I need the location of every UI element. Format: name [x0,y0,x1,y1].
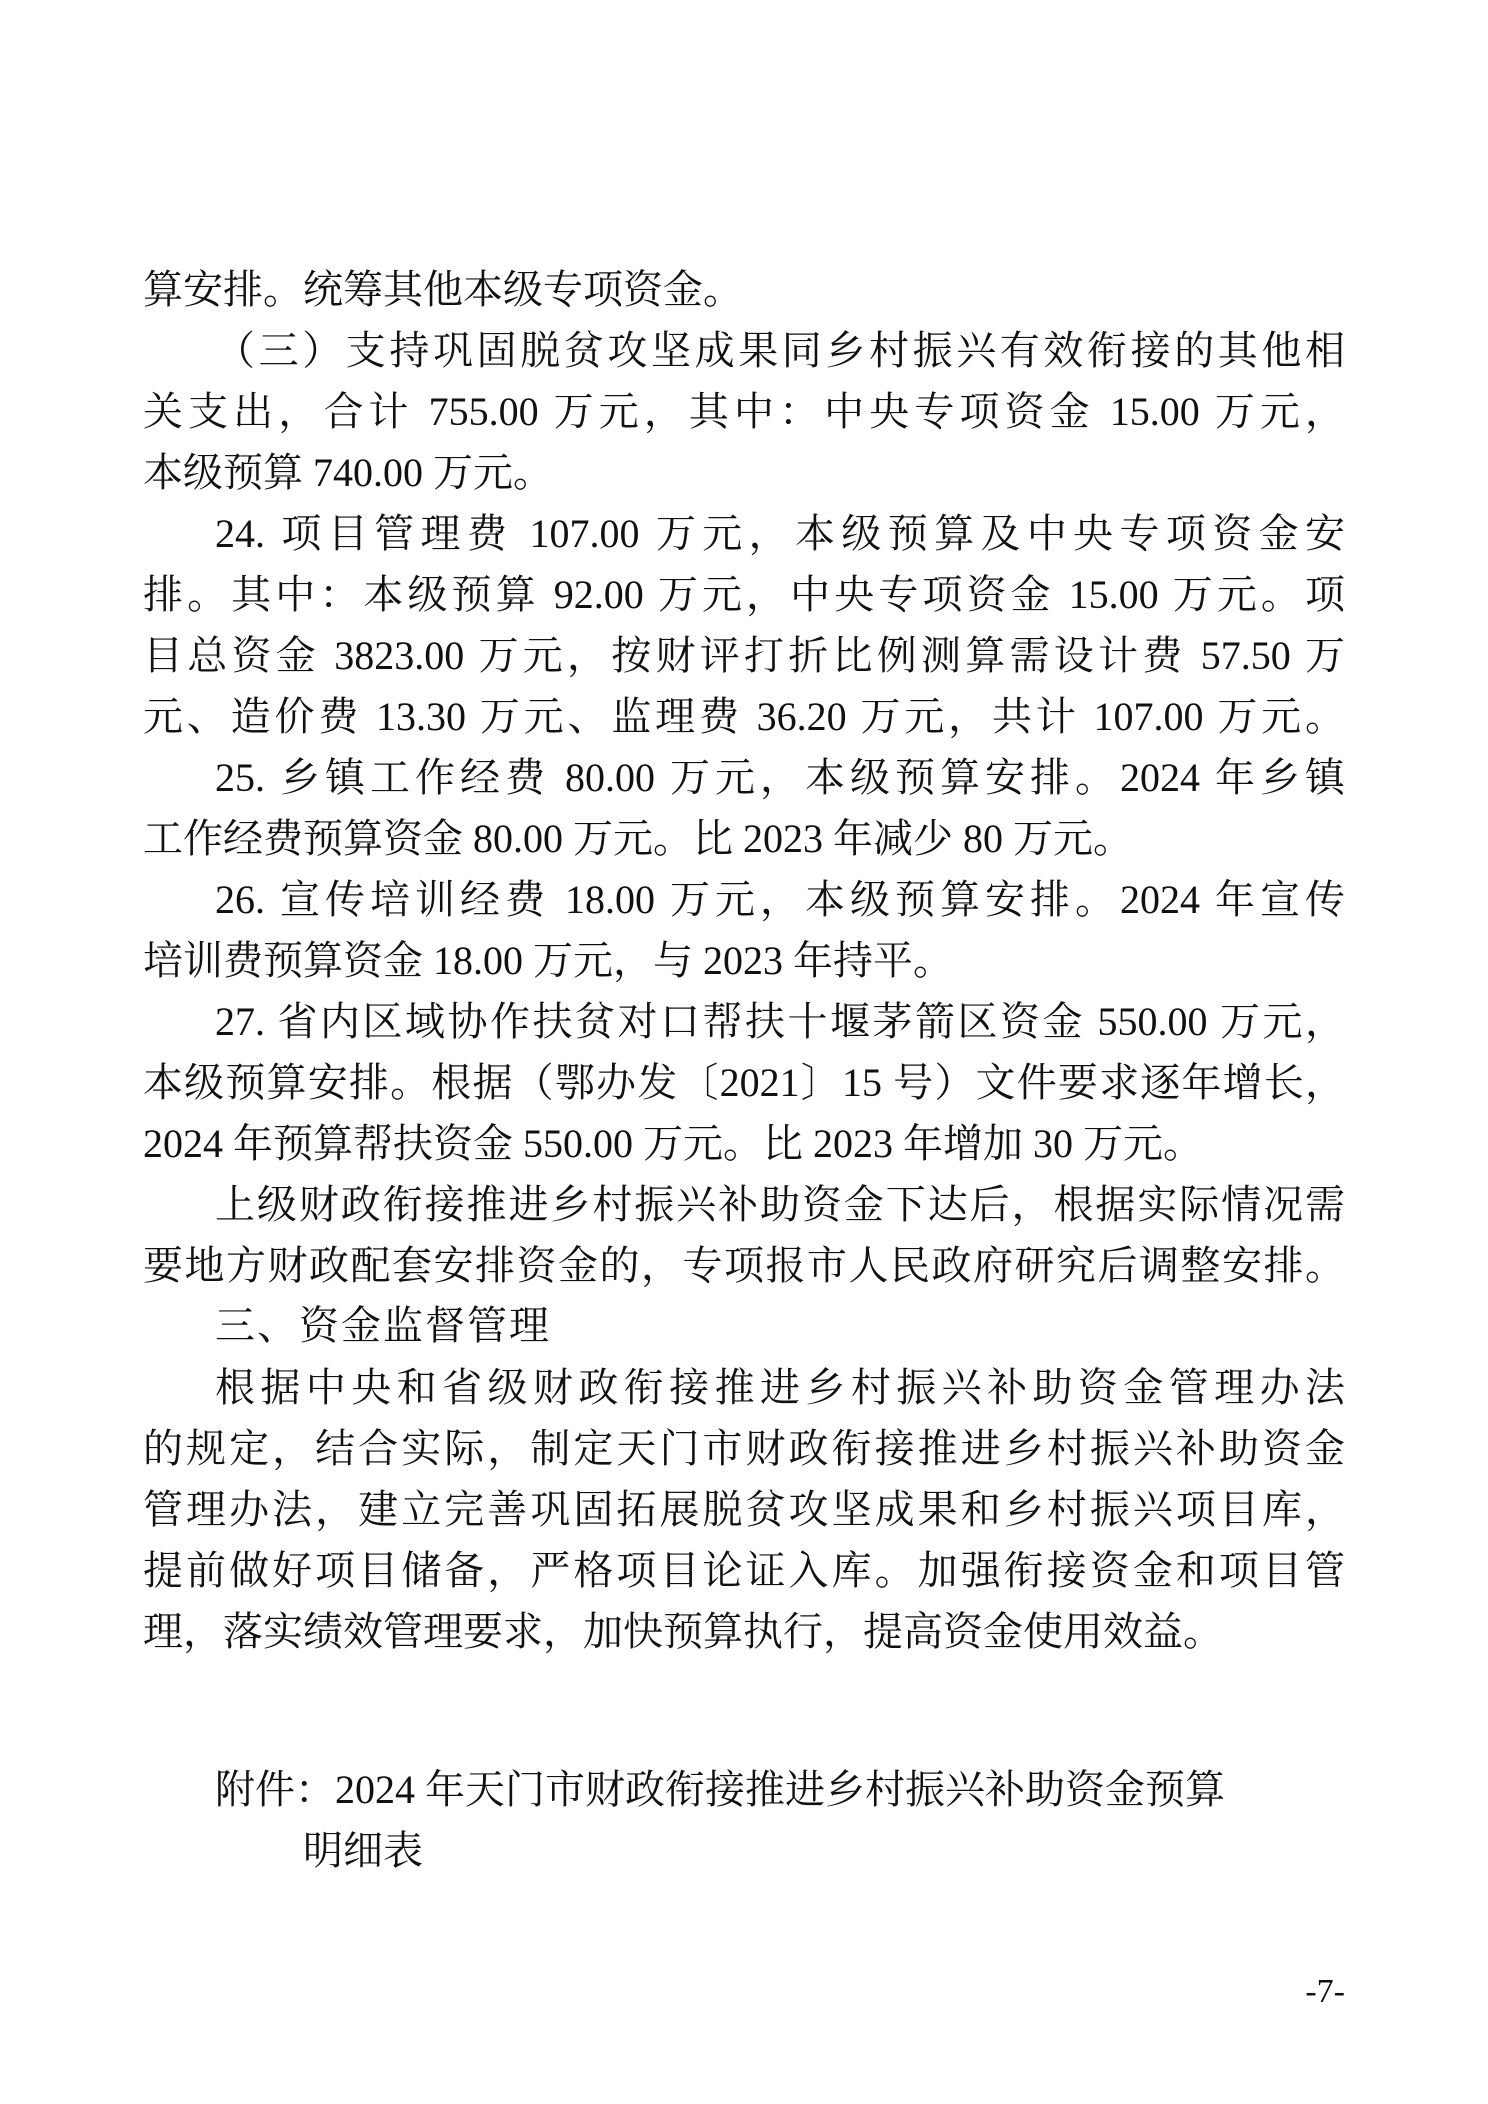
text-line: 的规定，结合实际，制定天门市财政衔接推进乡村振兴补助资金 [143,1418,1345,1479]
text-line: 元、造价费 13.30 万元、监理费 36.20 万元，共计 107.00 万元… [143,686,1345,747]
text-line: 本级预算安排。根据（鄂办发〔2021〕15 号）文件要求逐年增长， [143,1052,1345,1113]
document-page: 算安排。统筹其他本级专项资金。（三）支持巩固脱贫攻坚成果同乡村振兴有效衔接的其他… [0,0,1488,2104]
page-number: -7- [1305,1972,1345,2012]
text-line: 理，落实绩效管理要求，加快预算执行，提高资金使用效益。 [143,1601,1345,1662]
text-line: 目总资金 3823.00 万元，按财评打折比例测算需设计费 57.50 万 [143,625,1345,686]
text-line: 排。其中：本级预算 92.00 万元，中央专项资金 15.00 万元。项 [143,564,1345,625]
text-line: 管理办法，建立完善巩固拓展脱贫攻坚成果和乡村振兴项目库， [143,1479,1345,1540]
text-line: 25. 乡镇工作经费 80.00 万元，本级预算安排。2024 年乡镇 [143,747,1345,808]
text-line: 上级财政衔接推进乡村振兴补助资金下达后，根据实际情况需 [143,1174,1345,1235]
text-line: 工作经费预算资金 80.00 万元。比 2023 年减少 80 万元。 [143,808,1345,869]
attachment-block: 附件：2024 年天门市财政衔接推进乡村振兴补助资金预算 明细表 [143,1759,1345,1881]
text-line: 培训费预算资金 18.00 万元，与 2023 年持平。 [143,930,1345,991]
document-body: 算安排。统筹其他本级专项资金。（三）支持巩固脱贫攻坚成果同乡村振兴有效衔接的其他… [143,259,1345,1662]
section-heading: 三、资金监督管理 [143,1296,1345,1357]
text-line: 提前做好项目储备，严格项目论证入库。加强衔接资金和项目管 [143,1540,1345,1601]
text-line: （三）支持巩固脱贫攻坚成果同乡村振兴有效衔接的其他相 [143,320,1345,381]
text-line: 要地方财政配套安排资金的，专项报市人民政府研究后调整安排。 [143,1235,1345,1296]
text-line: 关支出，合计 755.00 万元，其中：中央专项资金 15.00 万元， [143,381,1345,442]
text-line: 本级预算 740.00 万元。 [143,442,1345,503]
text-line: 26. 宣传培训经费 18.00 万元，本级预算安排。2024 年宣传 [143,869,1345,930]
text-line: 2024 年预算帮扶资金 550.00 万元。比 2023 年增加 30 万元。 [143,1113,1345,1174]
text-line: 根据中央和省级财政衔接推进乡村振兴补助资金管理办法 [143,1357,1345,1418]
text-line: 24. 项目管理费 107.00 万元，本级预算及中央专项资金安 [143,503,1345,564]
text-line: 算安排。统筹其他本级专项资金。 [143,259,1345,320]
attachment-title-line-continued: 明细表 [303,1820,1345,1881]
text-line: 27. 省内区域协作扶贫对口帮扶十堰茅箭区资金 550.00 万元， [143,991,1345,1052]
attachment-title-line: 附件：2024 年天门市财政衔接推进乡村振兴补助资金预算 [143,1759,1345,1820]
